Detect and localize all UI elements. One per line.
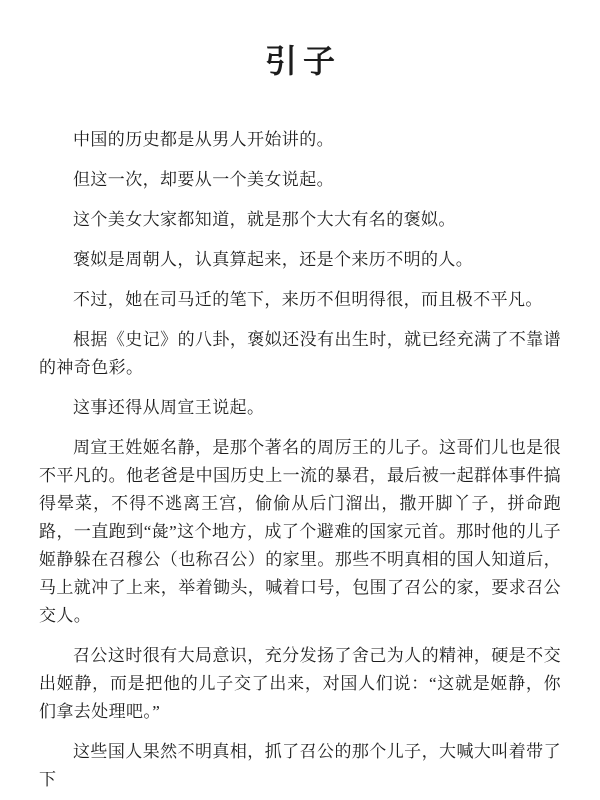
- paragraph: 褒姒是周朝人，认真算起来，还是个来历不明的人。: [39, 246, 561, 274]
- chapter-title: 引子: [39, 42, 561, 80]
- paragraph: 这些国人果然不明真相，抓了召公的那个儿子，大喊大叫着带了下: [39, 738, 561, 794]
- paragraph: 召公这时很有大局意识，充分发扬了舍己为人的精神，硬是不交出姬静，而是把他的儿子交…: [39, 642, 561, 726]
- paragraph: 但这一次，却要从一个美女说起。: [39, 166, 561, 194]
- paragraph: 中国的历史都是从男人开始讲的。: [39, 126, 561, 154]
- ebook-page: 引子 中国的历史都是从男人开始讲的。但这一次，却要从一个美女说起。这个美女大家都…: [0, 0, 600, 800]
- paragraph: 这事还得从周宣王说起。: [39, 394, 561, 422]
- paragraph: 不过，她在司马迁的笔下，来历不但明得很，而且极不平凡。: [39, 286, 561, 314]
- paragraph: 周宣王姓姬名静，是那个著名的周厉王的儿子。这哥们儿也是很不平凡的。他老爸是中国历…: [39, 434, 561, 630]
- paragraph: 这个美女大家都知道，就是那个大大有名的褒姒。: [39, 206, 561, 234]
- chapter-body: 中国的历史都是从男人开始讲的。但这一次，却要从一个美女说起。这个美女大家都知道，…: [39, 126, 561, 794]
- paragraph: 根据《史记》的八卦，褒姒还没有出生时，就已经充满了不靠谱的神奇色彩。: [39, 326, 561, 382]
